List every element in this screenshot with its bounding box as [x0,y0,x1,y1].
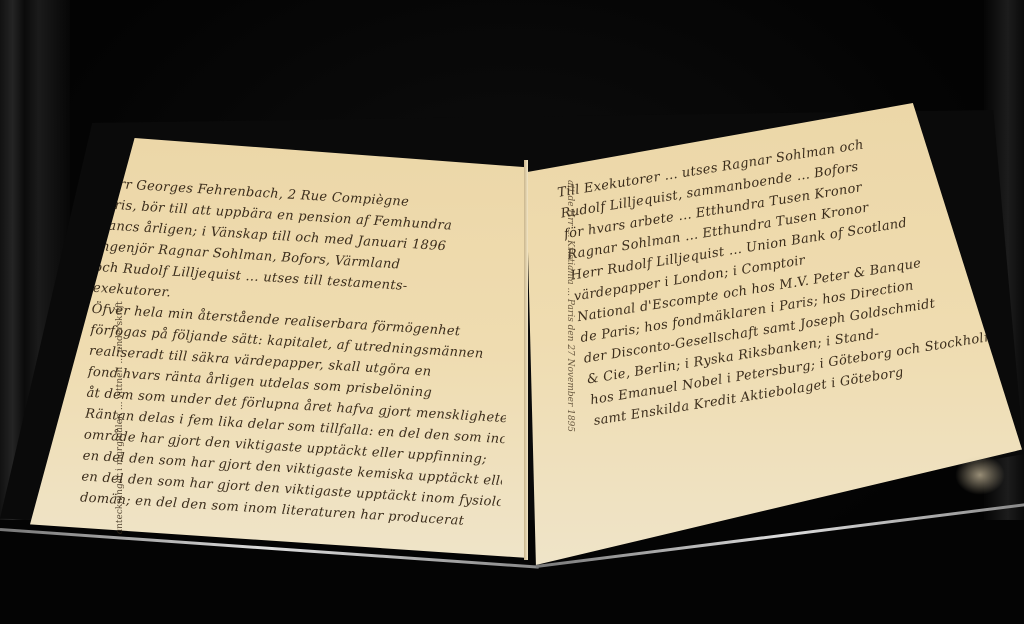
page-fold-crease [524,160,528,560]
center-margin-notes: att de Hrr ... Kristiania ... Paris den … [535,180,575,540]
left-margin-notes: anteckningar i marginalen ... vittnen ..… [115,145,185,535]
paper-stain [955,455,1005,495]
